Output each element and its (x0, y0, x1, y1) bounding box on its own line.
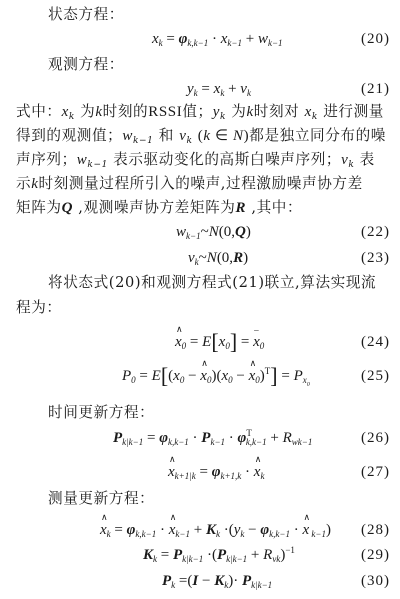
equation-number: (30) (361, 569, 390, 593)
text: 矩阵为 (16, 199, 62, 216)
text: 时刻的 (103, 103, 149, 120)
heading-measurement-update: 测量更新方程： (48, 489, 392, 509)
paragraph-line: 将状态式(20)和观测方程式(21)联立,算法实现流 (48, 273, 392, 293)
document-page: 状态方程： xk = φk,k−1 · xk−1 + wk−1 (20) 观测方… (0, 0, 400, 599)
text: 得到的观测值； (16, 127, 122, 144)
text: 都是独立同分布的噪 (249, 127, 386, 144)
equation-26: Pk|k−1 = φk,k−1 · Pk−1 · φTk,k−1 + Rwk−1… (0, 426, 400, 450)
heading-time-update: 时间更新方程： (48, 403, 392, 423)
equation-27-body: xk+1|k = φk+1,k · xk (168, 460, 264, 484)
text: RSSI (148, 104, 182, 120)
equation-30: Pk =(I − Kk)· Pk|k−1 (30) (0, 569, 400, 593)
equation-23: vk~N(0,R) (23) (0, 246, 400, 270)
equation-22-body: wk−1~N(0,Q) (176, 220, 251, 244)
paragraph-line: 得到的观测值；wk−1 和 vk (k ∈ N)都是独立同分布的噪 (16, 126, 392, 146)
equation-number: (22) (361, 220, 390, 244)
paragraph-line: 程为： (16, 298, 392, 318)
equation-21: yk = xk + vk (21) (0, 77, 400, 101)
text: 声序列； (16, 151, 77, 168)
equation-25: P0 = E[(x0 − x0)(x0 − x0)T] = Px0 (25) (0, 364, 400, 388)
equation-30-body: Pk =(I − Kk)· Pk|k−1 (162, 569, 272, 593)
text: 示 (16, 175, 31, 192)
equation-number: (24) (361, 330, 390, 354)
equation-number: (21) (361, 77, 390, 101)
equation-number: (27) (361, 460, 390, 484)
text: 表 (360, 151, 375, 168)
equation-number: (23) (361, 246, 390, 270)
equation-number: (26) (361, 426, 390, 450)
equation-25-body: P0 = E[(x0 − x0)(x0 − x0)T] = Px0 (122, 364, 310, 388)
text: 进行测量 (323, 103, 384, 120)
equation-29: Kk = Pk|k−1 ·(Pk|k−1 + Rvk)−1 (29) (0, 543, 400, 567)
equation-21-body: yk = xk + vk (187, 77, 251, 101)
paragraph-line: 示k时刻测量过程所引入的噪声,过程激励噪声协方差 (16, 174, 392, 194)
equation-27: xk+1|k = φk+1,k · xk (27) (0, 460, 400, 484)
text: 和 (159, 127, 174, 144)
equation-29-body: Kk = Pk|k−1 ·(Pk|k−1 + Rvk)−1 (143, 543, 295, 567)
paragraph-line: 矩阵为Q ,观测噪声协方差矩阵为R ,其中： (16, 198, 392, 218)
text: 为 (80, 103, 95, 120)
equation-22: wk−1~N(0,Q) (22) (0, 220, 400, 244)
text: 值； (182, 103, 212, 120)
equation-23-body: vk~N(0,R) (188, 246, 248, 270)
text: ,观测噪声协方差矩阵为 (78, 199, 235, 216)
equation-number: (20) (361, 27, 390, 51)
text: 为 (231, 103, 246, 120)
text: 式中： (16, 103, 62, 120)
equation-20: xk = φk,k−1 · xk−1 + wk−1 (20) (0, 27, 400, 51)
paragraph-line: 式中：xk 为k时刻的RSSI值；yk 为k时刻对 xk 进行测量 (16, 102, 392, 122)
heading-observation-equation: 观测方程： (48, 55, 392, 75)
text: 时刻对 (254, 103, 300, 120)
text: 表示驱动变化的高斯白噪声序列； (113, 151, 341, 168)
equation-20-body: xk = φk,k−1 · xk−1 + wk−1 (152, 27, 283, 51)
equation-number: (28) (361, 518, 390, 542)
equation-number: (25) (361, 364, 390, 388)
equation-26-body: Pk|k−1 = φk,k−1 · Pk−1 · φTk,k−1 + Rwk−1 (113, 426, 312, 450)
equation-28-body: xk = φk,k−1 · xk−1 + Kk ·(yk − φk,k−1 · … (100, 518, 331, 542)
heading-state-equation: 状态方程： (48, 5, 392, 25)
equation-24: x0 = E[x0] = x0 (24) (0, 330, 400, 354)
equation-number: (29) (361, 543, 390, 567)
text: ,其中： (251, 199, 302, 216)
text: 时刻测量过程所引入的噪声,过程激励噪声协方差 (38, 175, 362, 192)
paragraph-line: 声序列；wk−1 表示驱动变化的高斯白噪声序列；vk 表 (16, 150, 392, 170)
equation-28: xk = φk,k−1 · xk−1 + Kk ·(yk − φk,k−1 · … (0, 518, 400, 542)
